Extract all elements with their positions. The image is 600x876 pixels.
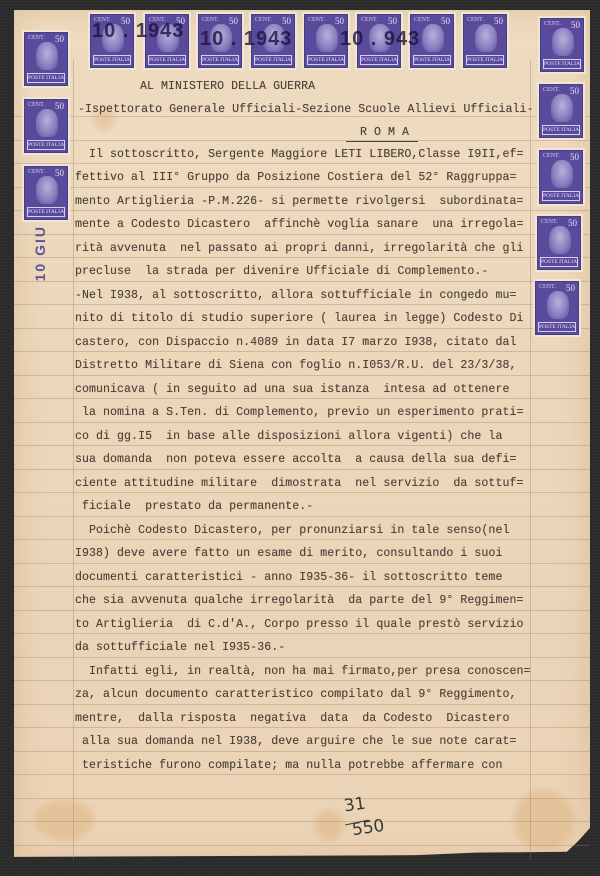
stamp-face: CENT.50POSTE ITALIANE [24, 32, 68, 86]
body-line: teristiche furono compilate; ma nulla po… [75, 759, 502, 772]
ruled-line [14, 257, 590, 258]
king-portrait-icon [36, 42, 58, 70]
ruled-line [14, 281, 590, 282]
king-portrait-icon [316, 24, 338, 52]
body-line: alla sua domanda nel I938, deve arguire … [75, 735, 516, 748]
stamp-value: 50 [55, 168, 64, 178]
ruled-line [14, 563, 590, 564]
body-line: rità avvenuta nel passato ai propri dann… [75, 242, 523, 255]
body-line: nito di titolo di studio superiore ( lau… [75, 312, 523, 325]
stamp-issuer-label: POSTE ITALIANE [538, 322, 576, 332]
stamp-cent-label: CENT. [543, 87, 560, 93]
stamp-issuer-label: POSTE ITALIANE [543, 59, 581, 69]
stamp-value: 50 [571, 20, 580, 30]
stamp-cent-label: CENT. [414, 17, 431, 23]
stamp-cent-label: CENT. [308, 17, 325, 23]
stamp-cent-label: CENT. [543, 153, 560, 159]
stain [34, 800, 94, 840]
body-line: sua domanda non poteva essere accolta a … [75, 453, 516, 466]
ruled-line [14, 680, 590, 681]
stamp-issuer-label: POSTE ITALIANE [360, 55, 398, 65]
stamp-issuer-label: POSTE ITALIANE [93, 55, 131, 65]
postage-stamp: CENT.50POSTE ITALIANE [22, 164, 70, 222]
ruled-line [14, 445, 590, 446]
stamp-value: 50 [570, 86, 579, 96]
postage-stamp: CENT.50POSTE ITALIANE [461, 12, 509, 70]
postmark-cancellation: 10 . 1943 [200, 28, 292, 51]
stamp-cent-label: CENT. [361, 17, 378, 23]
stamp-cent-label: CENT. [544, 21, 561, 27]
stamp-face: CENT.50POSTE ITALIANE [535, 281, 579, 335]
stamp-issuer-label: POSTE ITALIANE [27, 73, 65, 83]
stamp-cent-label: CENT. [255, 17, 272, 23]
ruled-line [14, 821, 590, 822]
body-line: documenti caratteristici - anno I935-36-… [75, 571, 502, 584]
postage-stamp: CENT.50POSTE ITALIANE [538, 16, 586, 74]
ruled-line [14, 610, 590, 611]
king-portrait-icon [547, 291, 569, 319]
stamp-issuer-label: POSTE ITALIANE [466, 55, 504, 65]
stamp-cent-label: CENT. [28, 35, 45, 41]
ruled-line [14, 234, 590, 235]
stamp-face: CENT.50POSTE ITALIANE [24, 99, 68, 153]
stamp-face: CENT.50POSTE ITALIANE [539, 150, 583, 204]
ruled-line [14, 492, 590, 493]
city-underline [346, 141, 418, 142]
ruled-line [14, 116, 590, 117]
stamp-issuer-label: POSTE ITALIANE [540, 257, 578, 267]
stamp-cent-label: CENT. [539, 284, 556, 290]
ruled-line [14, 210, 590, 211]
body-line: Distretto Militare di Siena con foglio n… [75, 359, 516, 372]
king-portrait-icon [551, 94, 573, 122]
ruled-line [14, 140, 590, 141]
stamp-issuer-label: POSTE ITALIANE [27, 207, 65, 217]
king-portrait-icon [36, 109, 58, 137]
ruled-line [14, 704, 590, 705]
body-line: la nomina a S.Ten. di Complemento, previ… [75, 406, 523, 419]
postmark-cancellation-vertical: 10 GIU [32, 225, 48, 281]
department-line: -Ispettorato Generale Ufficiali-Sezione … [78, 103, 533, 116]
body-line: -Nel I938, al sottoscritto, allora sottu… [75, 289, 516, 302]
ruled-line [14, 187, 590, 188]
ruled-line [14, 774, 590, 775]
king-portrait-icon [36, 176, 58, 204]
body-line: fettivo al III° Gruppo da Posizione Cost… [75, 171, 516, 184]
ruled-line [14, 845, 590, 846]
body-line: I938) deve avere fatto un esame di merit… [75, 547, 502, 560]
stamp-issuer-label: POSTE ITALIANE [307, 55, 345, 65]
stamp-value: 50 [229, 16, 238, 26]
body-line: mente a Codesto Dicastero affinchè vogli… [75, 218, 523, 231]
body-line: ficiale prestato da permanente.- [75, 500, 313, 513]
stamp-issuer-label: POSTE ITALIANE [201, 55, 239, 65]
stamp-face: CENT.50POSTE ITALIANE [537, 216, 581, 270]
stamp-face: CENT.50POSTE ITALIANE [463, 14, 507, 68]
stamp-cent-label: CENT. [28, 102, 45, 108]
postage-stamp: CENT.50POSTE ITALIANE [537, 82, 585, 140]
body-line: Poichè Codesto Dicastero, per pronunziar… [75, 524, 509, 537]
stamp-issuer-label: POSTE ITALIANE [542, 191, 580, 201]
stain [514, 790, 574, 850]
body-line: mentre, dalla risposta negativa data da … [75, 712, 509, 725]
addressee-line: AL MINISTERO DELLA GUERRA [140, 80, 315, 93]
margin-rule-left [73, 60, 74, 860]
stain [314, 810, 344, 840]
ruled-line [14, 657, 590, 658]
stamp-value: 50 [388, 16, 397, 26]
ruled-line [14, 516, 590, 517]
stamp-value: 50 [282, 16, 291, 26]
body-line: comunicava ( in seguito ad una sua istan… [75, 383, 509, 396]
body-line: da sottufficiale nel I935-36.- [75, 641, 285, 654]
stamp-issuer-label: POSTE ITALIANE [148, 55, 186, 65]
stamp-value: 50 [441, 16, 450, 26]
postage-stamp: CENT.50POSTE ITALIANE [537, 148, 585, 206]
stamp-cent-label: CENT. [202, 17, 219, 23]
ruled-line [14, 751, 590, 752]
king-portrait-icon [552, 28, 574, 56]
body-line: Il sottoscritto, Sergente Maggiore LETI … [75, 148, 523, 161]
ruled-line [14, 398, 590, 399]
ruled-line [14, 328, 590, 329]
ruled-line [14, 633, 590, 634]
body-line: ciente attitudine militare dimostrata ne… [75, 477, 523, 490]
ruled-line [14, 539, 590, 540]
postage-stamp: CENT.50POSTE ITALIANE [535, 214, 583, 272]
king-portrait-icon [549, 226, 571, 254]
stamp-cent-label: CENT. [467, 17, 484, 23]
ruled-line [14, 586, 590, 587]
ruled-line [14, 163, 590, 164]
body-line: co di gg.I5 in base alle disposizioni al… [75, 430, 502, 443]
handwritten-note-top: 31 [343, 794, 367, 817]
ruled-line [14, 727, 590, 728]
ruled-line [14, 351, 590, 352]
stamp-issuer-label: POSTE ITALIANE [27, 140, 65, 150]
stamp-issuer-label: POSTE ITALIANE [413, 55, 451, 65]
body-line: che sia avvenuta qualche irregolarità da… [75, 594, 523, 607]
stamp-issuer-label: POSTE ITALIANE [254, 55, 292, 65]
margin-rule-right [530, 60, 531, 860]
stamp-cent-label: CENT. [541, 219, 558, 225]
city-heading: R O M A [360, 126, 409, 139]
postmark-cancellation: 10 . 1943 [92, 20, 184, 43]
king-portrait-icon [422, 24, 444, 52]
stamp-face: CENT.50POSTE ITALIANE [24, 166, 68, 220]
stamp-issuer-label: POSTE ITALIANE [542, 125, 580, 135]
king-portrait-icon [551, 160, 573, 188]
postage-stamp: CENT.50POSTE ITALIANE [22, 97, 70, 155]
postage-stamp: CENT.50POSTE ITALIANE [533, 279, 581, 337]
body-line: to Artiglieria di C.d'A., Corpo presso i… [75, 618, 523, 631]
ruled-line [14, 422, 590, 423]
ruled-line [14, 375, 590, 376]
postage-stamp: CENT.50POSTE ITALIANE [22, 30, 70, 88]
body-line: za, alcun documento caratteristico compi… [75, 688, 516, 701]
stamp-face: CENT.50POSTE ITALIANE [539, 84, 583, 138]
ruled-line [14, 798, 590, 799]
stamp-cent-label: CENT. [28, 169, 45, 175]
stamp-value: 50 [570, 152, 579, 162]
stamp-value: 50 [568, 218, 577, 228]
body-line: castero, con Dispaccio n.4089 in data I7… [75, 336, 516, 349]
king-portrait-icon [475, 24, 497, 52]
ruled-line [14, 304, 590, 305]
stamp-value: 50 [55, 34, 64, 44]
body-line: mento Artiglieria -P.M.226- si permette … [75, 195, 523, 208]
stamp-value: 50 [335, 16, 344, 26]
stamp-value: 50 [55, 101, 64, 111]
stamp-face: CENT.50POSTE ITALIANE [540, 18, 584, 72]
postmark-cancellation: 10 . 943 [340, 28, 420, 51]
stamp-value: 50 [494, 16, 503, 26]
body-line: precluse la strada per divenire Ufficial… [75, 265, 488, 278]
ruled-line [14, 469, 590, 470]
stamp-value: 50 [566, 283, 575, 293]
body-line: Infatti egli, in realtà, non ha mai firm… [75, 665, 530, 678]
